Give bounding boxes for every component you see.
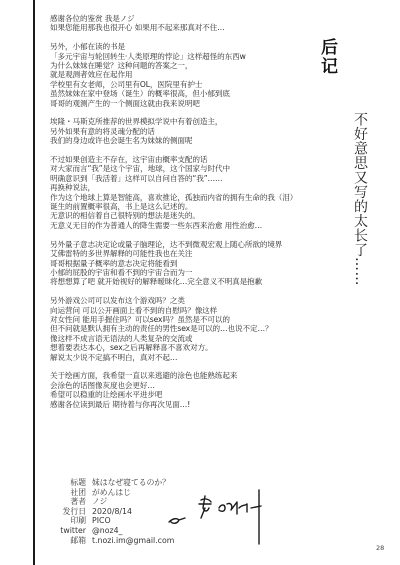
- colophon-key: 邮箱: [40, 536, 92, 546]
- paragraph-quantum: 另外量子意志决定论或量子脑理论，达不到微观宏观上随心所欲的境界 艾佛雷特的多世界…: [50, 240, 340, 287]
- colophon-value: PICO: [92, 516, 111, 526]
- colophon-row-printer: 印刷 PICO: [40, 516, 174, 526]
- text-line: 无意义无目的作为普通人的降生需要一些东西来治愈 用性治愈…: [50, 221, 340, 230]
- page-title: 后记: [316, 38, 336, 76]
- text-line: 将想想算了吧 就开始视好的解释暧昧化…完全意义不明真是抱歉: [50, 277, 340, 286]
- text-line: 学校里有女老师，公司里有OL，医院里有护士: [50, 80, 340, 89]
- colophon-value: 妹はなぜ寝てるのか？: [92, 478, 170, 488]
- paragraph-drawing: 关于绘画方面，我希望一直以来逃避的涂色也能熟练起来 会涂色的话图像灰度也会更好……: [50, 371, 340, 409]
- text-line: 为什么妹妹在睡觉？这种问题的答案之一，: [50, 61, 340, 70]
- text-line: 哥哥根据量子概率的意志决定将能看到: [50, 259, 340, 268]
- colophon-row-author: 著者 ノジ: [40, 497, 174, 507]
- text-line: 感谢各位读到最后 期待着与你再次见面…!: [50, 400, 340, 409]
- colophon-value: がめんはじ: [92, 488, 131, 498]
- text-line: 明确意识到「我活着」这样可以自问自答的“我”……: [50, 174, 340, 183]
- text-line: 小郁的屁股的宇宙和看不到的宇宙合而为一: [50, 268, 340, 277]
- text-line: 再换种说法，: [50, 183, 340, 192]
- text-line: 我们的身边或许也会诞生名为妹妹的侧面呢: [50, 136, 340, 145]
- text-line: 感谢各位的鉴赏 我是ノジ: [50, 14, 340, 23]
- text-line: 会涂色的话图像灰度也会更好…: [50, 381, 340, 390]
- colophon-value: @noz4_: [92, 526, 122, 536]
- paragraph-book: 另外，小郁在读的书是 「多元宇宙与轮回转生·人类原理的悖论」这样超怪的东西w 为…: [50, 42, 340, 108]
- colophon-row-circle: 社团 がめんはじ: [40, 488, 174, 498]
- text-line: 解说太少说不定搞不明白，真对不起…: [50, 353, 340, 362]
- colophon-key: 著者: [40, 497, 92, 507]
- text-line: 就是观测者效应在起作用: [50, 70, 340, 79]
- afterword-body: 感谢各位的鉴赏 我是ノジ 如果您能用那我也很开心 如果用不起来那真对不住… 另外…: [50, 14, 340, 418]
- paragraph-simulation: 埃隆・马斯克所推荐的世界模拟学说中有着创造主， 另外如果有意的将灵魂分配的话 我…: [50, 117, 340, 145]
- page-subtitle: 不好意思又写的太长了……: [352, 112, 367, 286]
- text-line: 但不问就是默认拥有主动的责任的男性sex是可以的…也说不定…？: [50, 324, 340, 333]
- colophon-key: twitter: [40, 526, 92, 536]
- colophon-value: t.nozi.im@gmail.com: [92, 536, 174, 546]
- text-line: 埃隆・马斯克所推荐的世界模拟学说中有着创造主，: [50, 117, 340, 126]
- text-line: 向运营问 可以公开画面上看不到的自慰吗？像这样: [50, 306, 340, 315]
- colophon-key: 发行日: [40, 507, 92, 517]
- colophon-key: 印刷: [40, 516, 92, 526]
- colophon-value: ノジ: [92, 497, 107, 507]
- text-line: 哥哥的观测产生的一个侧面这就由我来说明吧: [50, 99, 340, 108]
- text-line: 希望可以稳重的让绘画水平进步吧: [50, 390, 340, 399]
- text-line: 另外，小郁在读的书是: [50, 42, 340, 51]
- page-number: 28: [376, 544, 384, 552]
- page-binding-line: [33, 0, 35, 565]
- text-line: 对大家而言“我”是这个宇宙，地球，这个国家与时代中: [50, 164, 340, 173]
- text-line: 艾佛雷特的多世界解释的可能性我也在关注: [50, 249, 340, 258]
- paragraph-probability: 不过如果创造主不存在，这宇宙由概率支配的话 对大家而言“我”是这个宇宙，地球，这…: [50, 155, 340, 230]
- text-line: 「多元宇宙与轮回转生·人类原理的悖论」这样超怪的东西w: [50, 52, 340, 61]
- text-line: 关于绘画方面，我希望一直以来逃避的涂色也能熟练起来: [50, 371, 340, 380]
- text-line: 如果您能用那我也很开心 如果用不起来那真对不住…: [50, 23, 340, 32]
- text-line: 想着要表达本心，sex之后再解释喜不喜欢对方。: [50, 343, 340, 352]
- colophon-row-date: 发行日 2020/8/14: [40, 507, 174, 517]
- paragraph-greeting: 感谢各位的鉴赏 我是ノジ 如果您能用那我也很开心 如果用不起来那真对不住…: [50, 14, 340, 33]
- text-line: 另外如果有意的将灵魂分配的话: [50, 127, 340, 136]
- text-line: 对女性问 能用手握住吗？可以sex吗？虽然是不可以的: [50, 315, 340, 324]
- colophon-value: 2020/8/14: [92, 507, 132, 517]
- text-line: 作为这个地球上算是智能高，喜欢推论，孤独而内省的拥有生命的我（泪）: [50, 193, 340, 202]
- colophon-key: 社团: [40, 488, 92, 498]
- paragraph-game-company: 另外游戏公司可以发布这个游戏吗？之类 向运营问 可以公开画面上看不到的自慰吗？像…: [50, 296, 340, 362]
- text-line: 另外量子意志决定论或量子脑理论，达不到微观宏观上随心所欲的境界: [50, 240, 340, 249]
- text-line: 虽然妹妹在家中登场（诞生）的概率很高，但小郁到底: [50, 89, 340, 98]
- colophon-row-twitter: twitter @noz4_: [40, 526, 174, 536]
- text-line: 无意识的相信着自己很特别的想法是迷失的。: [50, 211, 340, 220]
- text-line: 另外游戏公司可以发布这个游戏吗？之类: [50, 296, 340, 305]
- colophon-row-email: 邮箱 t.nozi.im@gmail.com: [40, 536, 174, 546]
- colophon-row-title: 标题 妹はなぜ寝てるのか？: [40, 478, 174, 488]
- text-line: 像这样不成言语无语法的人类复杂的交流或: [50, 334, 340, 343]
- colophon-key: 标题: [40, 478, 92, 488]
- colophon: 标题 妹はなぜ寝てるのか？ 社团 がめんはじ 著者 ノジ 发行日 2020/8/…: [40, 478, 174, 545]
- handwritten-signature-icon: [165, 478, 275, 553]
